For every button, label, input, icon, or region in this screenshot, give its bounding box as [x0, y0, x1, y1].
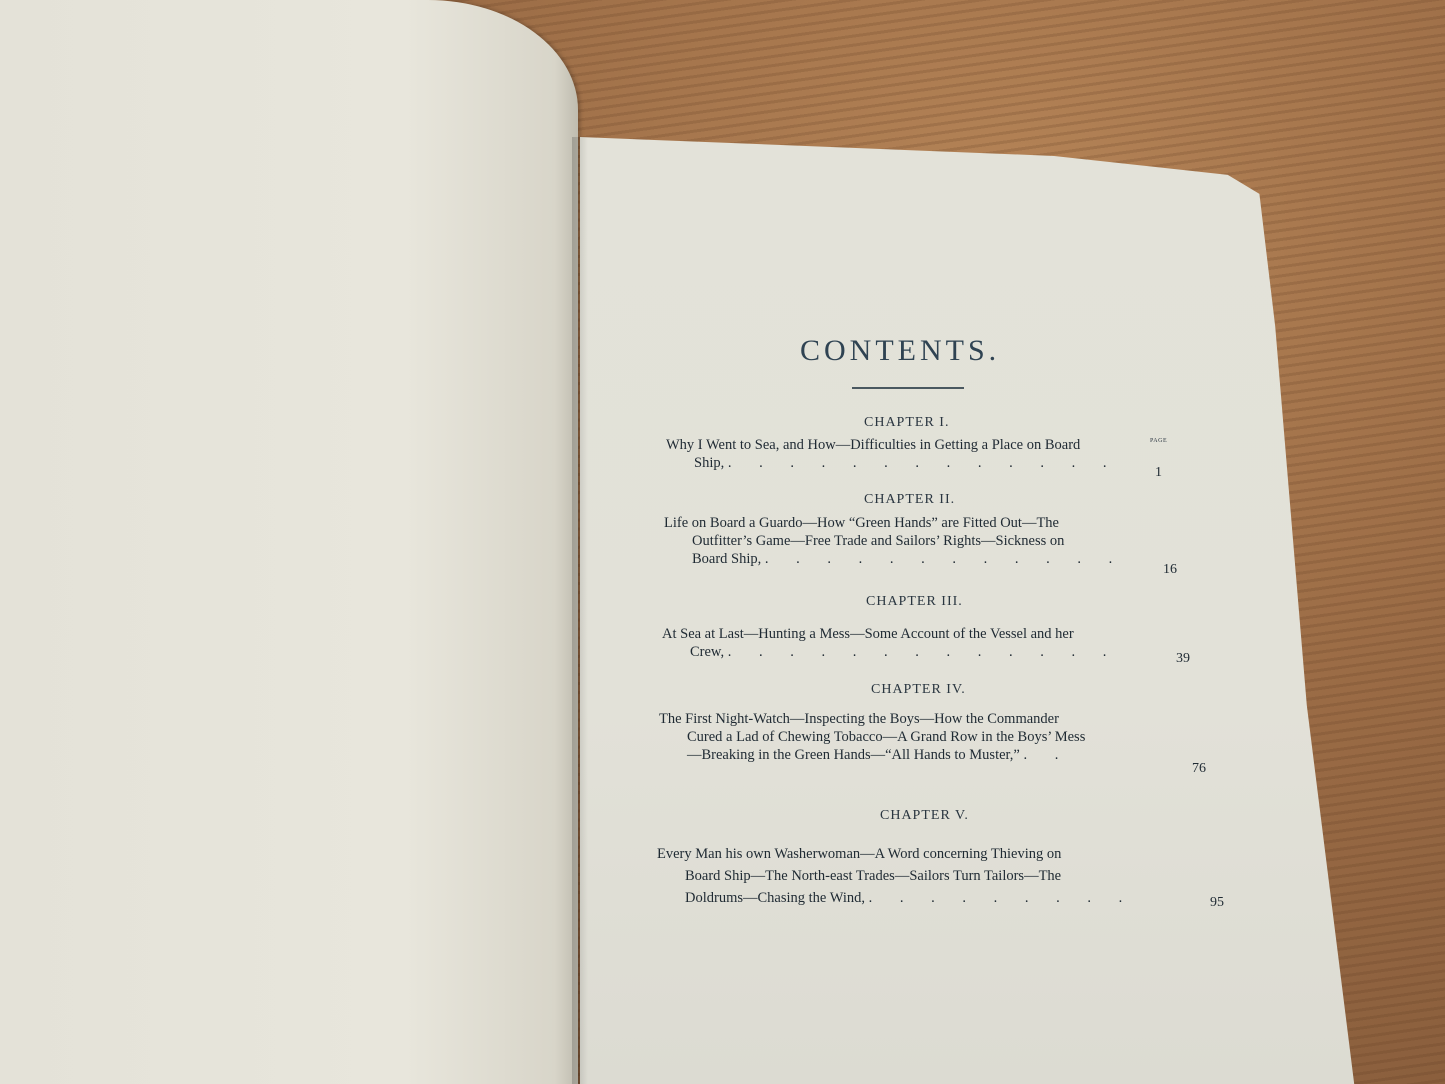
entry-line: The First Night-Watch—Inspecting the Boy… [659, 710, 1085, 728]
page-number: 76 [1192, 761, 1206, 777]
chapter-heading: CHAPTER III. [866, 594, 963, 610]
book-gutter [572, 137, 588, 1084]
chapter-heading: CHAPTER V. [880, 808, 969, 824]
entry-line: Life on Board a Guardo—How “Green Hands”… [664, 514, 1124, 532]
entry-line: At Sea at Last—Hunting a Mess—Some Accou… [662, 625, 1118, 643]
entry-line: Board Ship—The North-east Trades—Sailors… [657, 867, 1134, 885]
entry-line: Ship, . . . . . . . . . . . . . [666, 454, 1118, 472]
chapter-heading: CHAPTER IV. [871, 682, 966, 698]
chapter-entry: At Sea at Last—Hunting a Mess—Some Accou… [662, 625, 1118, 661]
page-number: 95 [1210, 895, 1224, 911]
page-number: 1 [1155, 465, 1162, 481]
entry-line: Cured a Lad of Chewing Tobacco—A Grand R… [659, 728, 1085, 746]
left-page-blank [0, 0, 578, 1084]
entry-line: Board Ship, . . . . . . . . . . . . [664, 550, 1124, 568]
chapter-entry: The First Night-Watch—Inspecting the Boy… [659, 710, 1085, 764]
page-number: 39 [1176, 651, 1190, 667]
page-number: 16 [1163, 562, 1177, 578]
entry-line: Outfitter’s Game—Free Trade and Sailors’… [664, 532, 1124, 550]
entry-line: Every Man his own Washerwoman—A Word con… [657, 845, 1134, 863]
entry-line: Crew, . . . . . . . . . . . . . [662, 643, 1118, 661]
entry-line: Doldrums—Chasing the Wind, . . . . . . .… [657, 889, 1134, 907]
chapter-entry: Life on Board a Guardo—How “Green Hands”… [664, 514, 1124, 568]
page-column-label: PAGE [1150, 438, 1167, 444]
right-page-contents [580, 137, 1370, 1084]
chapter-entry: Every Man his own Washerwoman—A Word con… [657, 845, 1134, 907]
chapter-heading: CHAPTER II. [864, 492, 955, 508]
entry-line: Why I Went to Sea, and How—Difficulties … [666, 436, 1118, 454]
title-rule [852, 387, 964, 389]
chapter-heading: CHAPTER I. [864, 415, 949, 431]
contents-title: CONTENTS. [800, 334, 1000, 368]
entry-line: —Breaking in the Green Hands—“All Hands … [659, 746, 1085, 764]
chapter-entry: Why I Went to Sea, and How—Difficulties … [666, 436, 1118, 472]
